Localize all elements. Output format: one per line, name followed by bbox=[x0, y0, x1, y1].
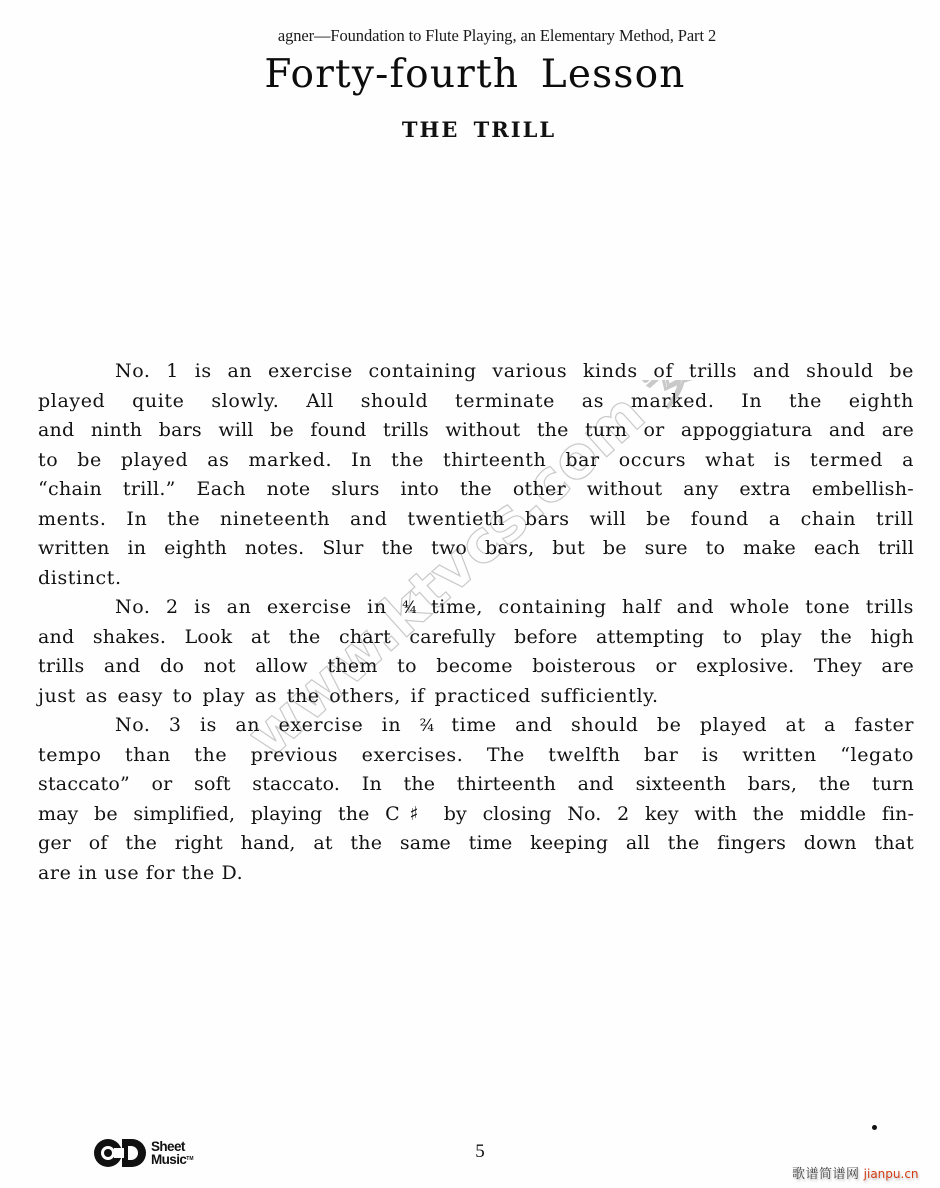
paragraph-exercise-2: No. 2 is an exercise in ⁴⁄₄ time, contai… bbox=[38, 593, 914, 711]
lesson-title: Forty-fourth Lesson bbox=[0, 52, 940, 97]
print-speck bbox=[872, 1125, 877, 1130]
text-line: played quite slowly. All should terminat… bbox=[38, 387, 914, 417]
text-line: may be simplified, playing the C♯ by clo… bbox=[38, 800, 914, 830]
lesson-body: No. 1 is an exercise containing various … bbox=[38, 357, 914, 888]
cd-disc-icon bbox=[94, 1136, 150, 1170]
text-segment: time and should be played at a faster bbox=[451, 714, 914, 736]
text-line-with-time-signature: No. 3 is an exercise in ²⁄₄ time and sho… bbox=[38, 711, 914, 741]
text-segment: No. 2 is an exercise in bbox=[115, 596, 387, 618]
text-line: and ninth bars will be found trills with… bbox=[38, 416, 914, 446]
running-header: agner—Foundation to Flute Playing, an El… bbox=[0, 26, 940, 46]
text-line: staccato” or soft staccato. In the thirt… bbox=[38, 770, 914, 800]
text-line: distinct. bbox=[38, 564, 914, 594]
lesson-subtitle: THE TRILL bbox=[0, 117, 940, 142]
text-line: ments. In the nineteenth and twentieth b… bbox=[38, 505, 914, 535]
text-line: tempo than the previous exercises. The t… bbox=[38, 741, 914, 771]
site-watermark: 歌谱简谱网 jianpu.cn bbox=[792, 1163, 919, 1182]
site-domain: jianpu.cn bbox=[864, 1167, 919, 1181]
text-line: to be played as marked. In the thirteent… bbox=[38, 446, 914, 476]
cd-sheet-music-logo: Sheet MusicTM bbox=[94, 1136, 194, 1170]
text-line: and shakes. Look at the chart carefully … bbox=[38, 623, 914, 653]
text-line: “chain trill.” Each note slurs into the … bbox=[38, 475, 914, 505]
text-line: ger of the right hand, at the same time … bbox=[38, 829, 914, 859]
logo-wordmark: Sheet MusicTM bbox=[151, 1140, 194, 1166]
logo-line-music: Music bbox=[151, 1152, 186, 1167]
text-segment: No. 3 is an exercise in bbox=[115, 714, 401, 736]
site-name-chinese: 歌谱简谱网 bbox=[792, 1167, 860, 1182]
page-number: 5 bbox=[470, 1141, 490, 1163]
time-signature-2-4: ²⁄₄ bbox=[420, 716, 433, 736]
paragraph-exercise-1: No. 1 is an exercise containing various … bbox=[38, 357, 914, 593]
sheet-music-page: agner—Foundation to Flute Playing, an El… bbox=[0, 0, 940, 1188]
text-line: trills and do not allow them to become b… bbox=[38, 652, 914, 682]
text-segment: time, containing half and whole tone tri… bbox=[431, 596, 914, 618]
trademark-symbol: TM bbox=[186, 1156, 193, 1162]
paragraph-exercise-3: No. 3 is an exercise in ²⁄₄ time and sho… bbox=[38, 711, 914, 888]
text-line: No. 1 is an exercise containing various … bbox=[38, 357, 914, 387]
time-signature-4-4: ⁴⁄₄ bbox=[402, 598, 415, 618]
text-line: just as easy to play as the others, if p… bbox=[38, 682, 914, 712]
text-line-with-time-signature: No. 2 is an exercise in ⁴⁄₄ time, contai… bbox=[38, 593, 914, 623]
text-line: are in use for the D. bbox=[38, 859, 914, 889]
text-line: written in eighth notes. Slur the two ba… bbox=[38, 534, 914, 564]
